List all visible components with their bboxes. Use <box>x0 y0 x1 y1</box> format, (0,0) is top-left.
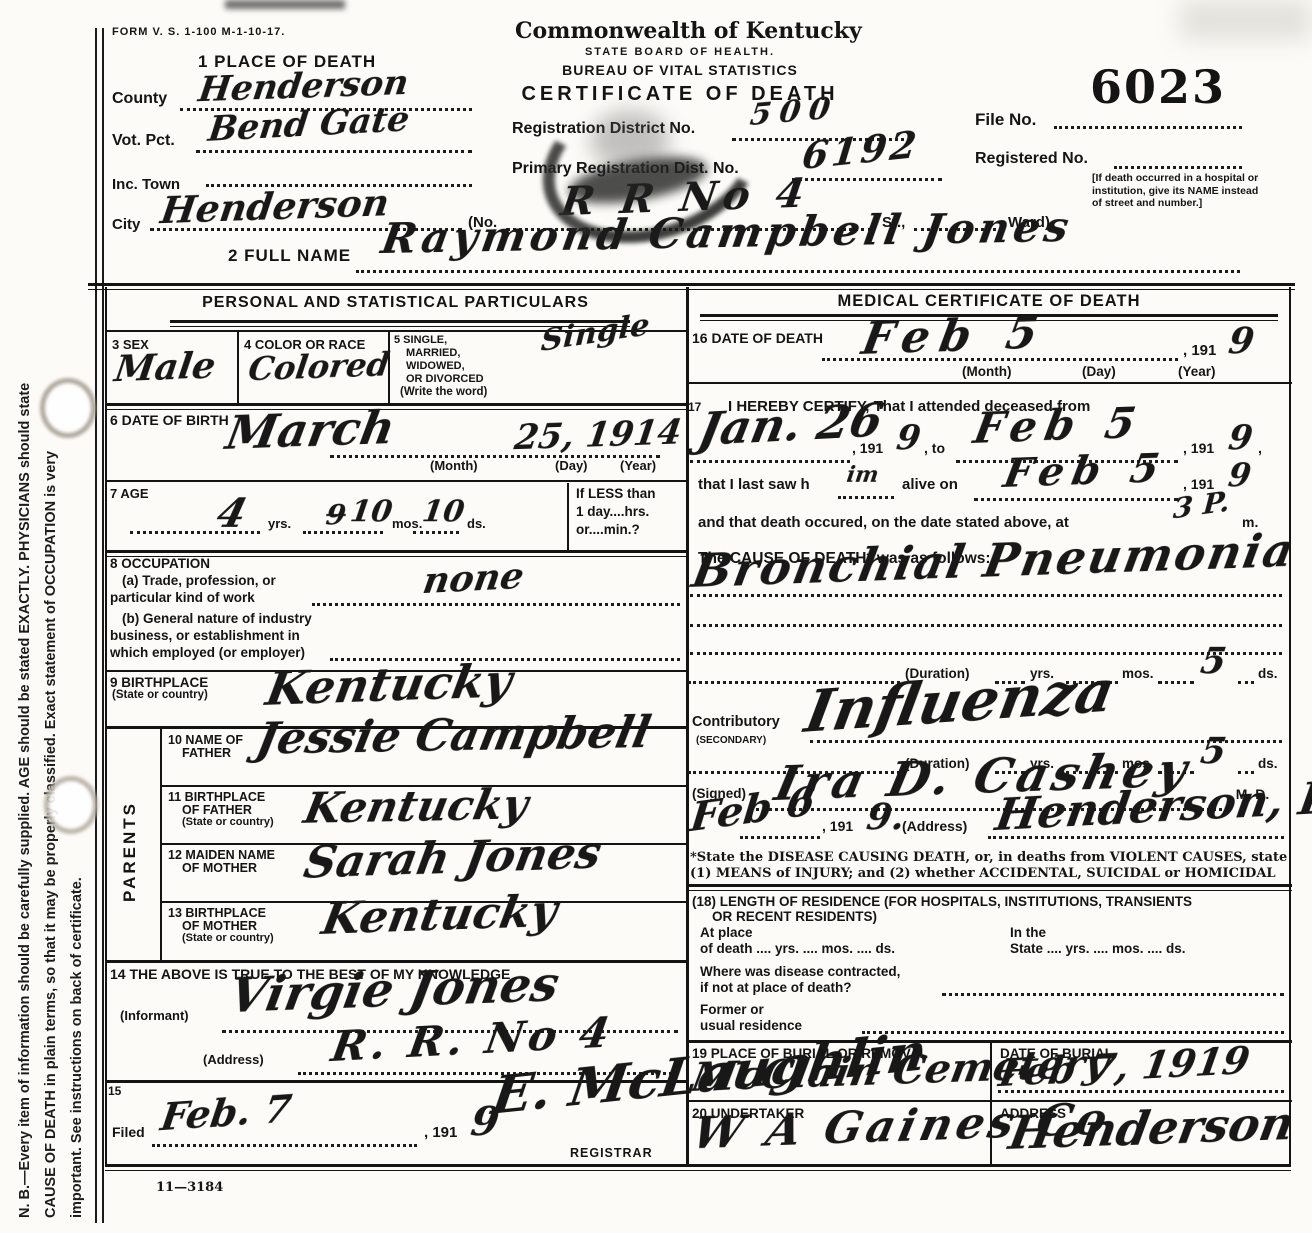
medical-section-title: MEDICAL CERTIFICATE OF DEATH <box>686 292 1292 311</box>
age-mos-label: mos. <box>392 516 422 531</box>
occupation-b-line2: business, or establishment in <box>110 628 300 643</box>
duration1-dots-d <box>1158 681 1194 684</box>
birthplace-value: Kentucky <box>262 654 516 716</box>
city-label: City <box>112 216 140 233</box>
full-name-value: Raymond Campbell Jones <box>378 202 1076 263</box>
parents-group-label: PARENTS <box>120 801 140 902</box>
residence-label-line2: OR RECENT RESIDENTS) <box>712 909 877 924</box>
occupation-a-line <box>312 603 680 606</box>
marital-label-4: OR DIVORCED <box>406 373 484 385</box>
cause-line-2 <box>690 624 1282 627</box>
registration-district-value: 500 <box>748 91 840 133</box>
primary-registration-value: 6192 <box>800 122 922 178</box>
dob-label: 6 DATE OF BIRTH <box>110 412 229 428</box>
at-place-line2: of death .... yrs. .... mos. .... ds. <box>700 941 895 956</box>
contributory-value: Influenza <box>800 657 1120 746</box>
dod-year-digit: 9 <box>1226 320 1257 362</box>
plate-number: 11—3184 <box>156 1180 223 1195</box>
registered-no-label: Registered No. <box>975 150 1088 168</box>
occupation-a-line2: particular kind of work <box>110 590 255 605</box>
dob-year-caption: (Year) <box>620 458 656 473</box>
father-name-label-2: FATHER <box>182 746 231 760</box>
personal-section-title: PERSONAL AND STATISTICAL PARTICULARS <box>105 294 686 312</box>
attended-comma: , <box>1258 440 1262 456</box>
alive-on-text: alive on <box>902 476 958 493</box>
dob-month-caption: (Month) <box>430 458 478 473</box>
father-birthplace-label-2: OF FATHER <box>182 803 252 817</box>
filed-date-value: Feb. 7 <box>158 1085 295 1139</box>
less-than-line2: 1 day....hrs. <box>576 504 649 519</box>
informant-label: (Informant) <box>120 1008 189 1023</box>
dod-year-printed: , 191 <box>1183 342 1216 359</box>
dob-line <box>330 455 660 458</box>
last-saw-date-value: Feb 5 <box>1000 444 1171 497</box>
duration2-dots-e <box>1238 771 1254 774</box>
age-years-value: 4 <box>212 490 252 537</box>
in-state-line2: State .... yrs. .... mos. .... ds. <box>1010 941 1186 956</box>
mother-name-label-2: OF MOTHER <box>182 861 257 875</box>
column-divider <box>686 287 689 1165</box>
form-number: FORM V. S. 1-100 M-1-10-17. <box>112 26 285 38</box>
primary-registration-line <box>792 178 942 181</box>
age-months-struck: 9 <box>324 498 348 531</box>
bureau-label: BUREAU OF VITAL STATISTICS <box>515 62 845 78</box>
informant-address-label: (Address) <box>203 1052 264 1067</box>
less-cell-divider <box>567 483 569 550</box>
hospital-note: [If death occurred in a hospital or inst… <box>1092 172 1260 210</box>
attended-from-line <box>690 460 850 463</box>
parents-inner-divider <box>160 728 162 962</box>
margin-note-line1: N. B.—Every item of information should b… <box>12 38 38 1218</box>
cause-line-1 <box>690 594 1282 597</box>
certify-number: 17 <box>688 400 701 414</box>
sex-value: Male <box>112 345 218 390</box>
mother-birthplace-sublabel: (State or country) <box>182 932 274 944</box>
attended-to-value: Feb 5 <box>970 398 1147 453</box>
mother-birthplace-label-1: 13 BIRTHPLACE <box>168 906 266 920</box>
cause-of-death-value: Bronchial Pneumonia <box>688 523 1300 598</box>
mother-name-label-1: 12 MAIDEN NAME <box>168 848 275 862</box>
dob-month-value: March <box>222 400 399 460</box>
mother-name-value: Sarah Jones <box>300 828 605 889</box>
occupation-b-line1: (b) General nature of industry <box>122 611 312 626</box>
age-ds-label: ds. <box>467 516 486 531</box>
dob-day-year-value: 25, 1914 <box>512 412 684 458</box>
age-days-value: 10 <box>420 494 467 529</box>
attended-to-year-printed: , 191 <box>1183 440 1214 456</box>
mother-birthplace-label-2: OF MOTHER <box>182 919 257 933</box>
header-divider <box>88 283 1295 290</box>
marital-label-1: 5 SINGLE, <box>394 334 447 346</box>
duration1-mos-label: mos. <box>1122 666 1154 681</box>
filed-line <box>152 1144 417 1147</box>
occupation-a-line1: (a) Trade, profession, or <box>122 573 276 588</box>
attended-from-year-printed: , 191 <box>852 440 883 456</box>
less-than-line3: or....min.? <box>576 522 640 537</box>
dob-day-caption: (Day) <box>555 458 588 473</box>
former-residence-line <box>862 1031 1284 1034</box>
county-label: County <box>112 90 167 108</box>
contributory-duration-days-value: 5 <box>1198 730 1229 772</box>
corner-haze <box>1180 0 1312 40</box>
duration2-ds-label: ds. <box>1258 756 1278 771</box>
father-birthplace-label-1: 11 BIRTHPLACE <box>168 790 265 804</box>
age-yrs-label: yrs. <box>268 516 291 531</box>
full-name-label: 2 FULL NAME <box>228 246 351 266</box>
residence-label-line1: (18) LENGTH OF RESIDENCE (FOR HOSPITALS,… <box>692 894 1192 909</box>
last-saw-him-line <box>838 496 894 499</box>
full-name-line <box>356 270 1240 273</box>
occupation-b-line3: which employed (or employer) <box>110 645 305 660</box>
commonwealth-title: Commonwealth of Kentucky <box>515 18 845 44</box>
race-value: Colored <box>246 345 392 388</box>
former-residence-line2: usual residence <box>700 1018 802 1033</box>
occupation-label: 8 OCCUPATION <box>110 556 210 571</box>
dod-day-caption: (Day) <box>1082 364 1116 379</box>
marital-label-3: WIDOWED, <box>406 360 465 372</box>
age-label: 7 AGE <box>110 486 149 501</box>
marital-value: Single <box>540 308 650 359</box>
father-birthplace-value: Kentucky <box>300 780 532 833</box>
cause-line-3 <box>690 652 1282 655</box>
duration1-ds-label: ds. <box>1258 666 1278 681</box>
occupation-value: none <box>420 555 527 602</box>
filed-label: Filed <box>112 1124 145 1140</box>
birthplace-label: 9 BIRTHPLACE <box>110 675 208 690</box>
signed-address-label: (Address) <box>902 818 967 834</box>
undertaker-address-value: Henderson <box>1005 1096 1298 1160</box>
signed-date-line <box>740 836 820 839</box>
death-certificate-scan: N. B.—Every item of information should b… <box>0 0 1312 1233</box>
dod-month-caption: (Month) <box>962 364 1011 379</box>
registration-district-label: Registration District No. <box>512 120 695 138</box>
father-birthplace-sublabel: (State or country) <box>182 816 274 828</box>
city-value: Henderson <box>158 180 392 232</box>
in-state-line1: In the <box>1010 925 1046 940</box>
date-of-death-line <box>822 358 1178 361</box>
vot-pct-label: Vot. Pct. <box>112 132 175 150</box>
father-name-value: Jessie Campbell <box>252 707 655 765</box>
last-saw-line <box>974 498 1178 501</box>
footnote-divider <box>686 884 1292 891</box>
cause-footnote-line2: (1) MEANS of INJURY; and (2) whether ACC… <box>690 866 1276 881</box>
at-place-line1: At place <box>700 925 753 940</box>
signed-year-printed: , 191 <box>822 818 853 834</box>
father-name-label-1: 10 NAME OF <box>168 733 243 747</box>
right-border <box>1289 287 1291 1165</box>
age-dots-1 <box>130 531 260 534</box>
birthplace-sublabel: (State or country) <box>112 689 208 701</box>
cause-footnote-line1: *State the DISEASE CAUSING DEATH, or, in… <box>690 850 1287 865</box>
top-edge-mark <box>225 0 345 9</box>
last-saw-pre-text: that I last saw h <box>698 476 810 493</box>
primary-registration-label: Primary Registration Dist. No. <box>512 160 739 178</box>
left-double-rule <box>95 28 104 1223</box>
contributory-label: Contributory <box>692 714 780 730</box>
last-saw-him: im <box>845 462 880 488</box>
dod-bottom-line <box>686 382 1292 384</box>
less-than-line1: If LESS than <box>576 486 656 501</box>
margin-note-line3: important. See instructions on back of c… <box>64 38 90 1218</box>
row1-cell-divider-1 <box>237 330 239 405</box>
dob-bottom-line <box>105 480 686 482</box>
contracted-line1: Where was disease contracted, <box>700 964 900 979</box>
filed-year-printed: , 191 <box>424 1124 457 1141</box>
attended-to-year-digit: 9 <box>1226 418 1255 458</box>
secondary-label: (SECONDARY) <box>696 735 766 746</box>
registrar-label: REGISTRAR <box>570 1146 653 1160</box>
death-occurred-text: and that death occured, on the date stat… <box>698 514 1069 531</box>
cause-duration-days-value: 5 <box>1198 640 1229 682</box>
vot-pct-line <box>196 150 472 153</box>
contracted-line2: if not at place of death? <box>700 980 852 995</box>
file-no-line <box>1054 126 1242 129</box>
registered-no-line <box>1114 166 1242 169</box>
bottom-border <box>105 1164 1291 1171</box>
attended-from-year-digit: 9 <box>894 418 923 458</box>
state-board-label: STATE BOARD OF HEALTH. <box>515 46 845 58</box>
file-no-label: File No. <box>975 110 1036 130</box>
margin-note: N. B.—Every item of information should b… <box>12 38 90 1218</box>
mother-birthplace-value: Kentucky <box>318 886 561 945</box>
file-no-value: 6023 <box>1090 60 1226 114</box>
date-of-death-value: Feb 5 <box>858 308 1052 365</box>
marital-label-5: (Write the word) <box>400 386 487 398</box>
age-dots-3 <box>413 531 459 534</box>
margin-note-line2: CAUSE OF DEATH in plain terms, so that i… <box>38 38 64 1218</box>
death-time-value: 3 P. <box>1172 485 1231 525</box>
dod-year-caption: (Year) <box>1178 364 1216 379</box>
former-residence-line1: Former or <box>700 1002 764 1017</box>
marital-label-2: MARRIED, <box>406 347 460 359</box>
age-months-value: 10 <box>348 494 395 529</box>
age-dots-2 <box>303 531 383 534</box>
signed-year-digit: 9. <box>864 796 907 838</box>
filing-number: 15 <box>108 1084 121 1098</box>
date-of-death-label: 16 DATE OF DEATH <box>692 330 823 346</box>
duration1-dots-e <box>1238 681 1254 684</box>
contracted-line <box>942 993 1284 996</box>
attended-to-separator: , to <box>924 440 945 456</box>
